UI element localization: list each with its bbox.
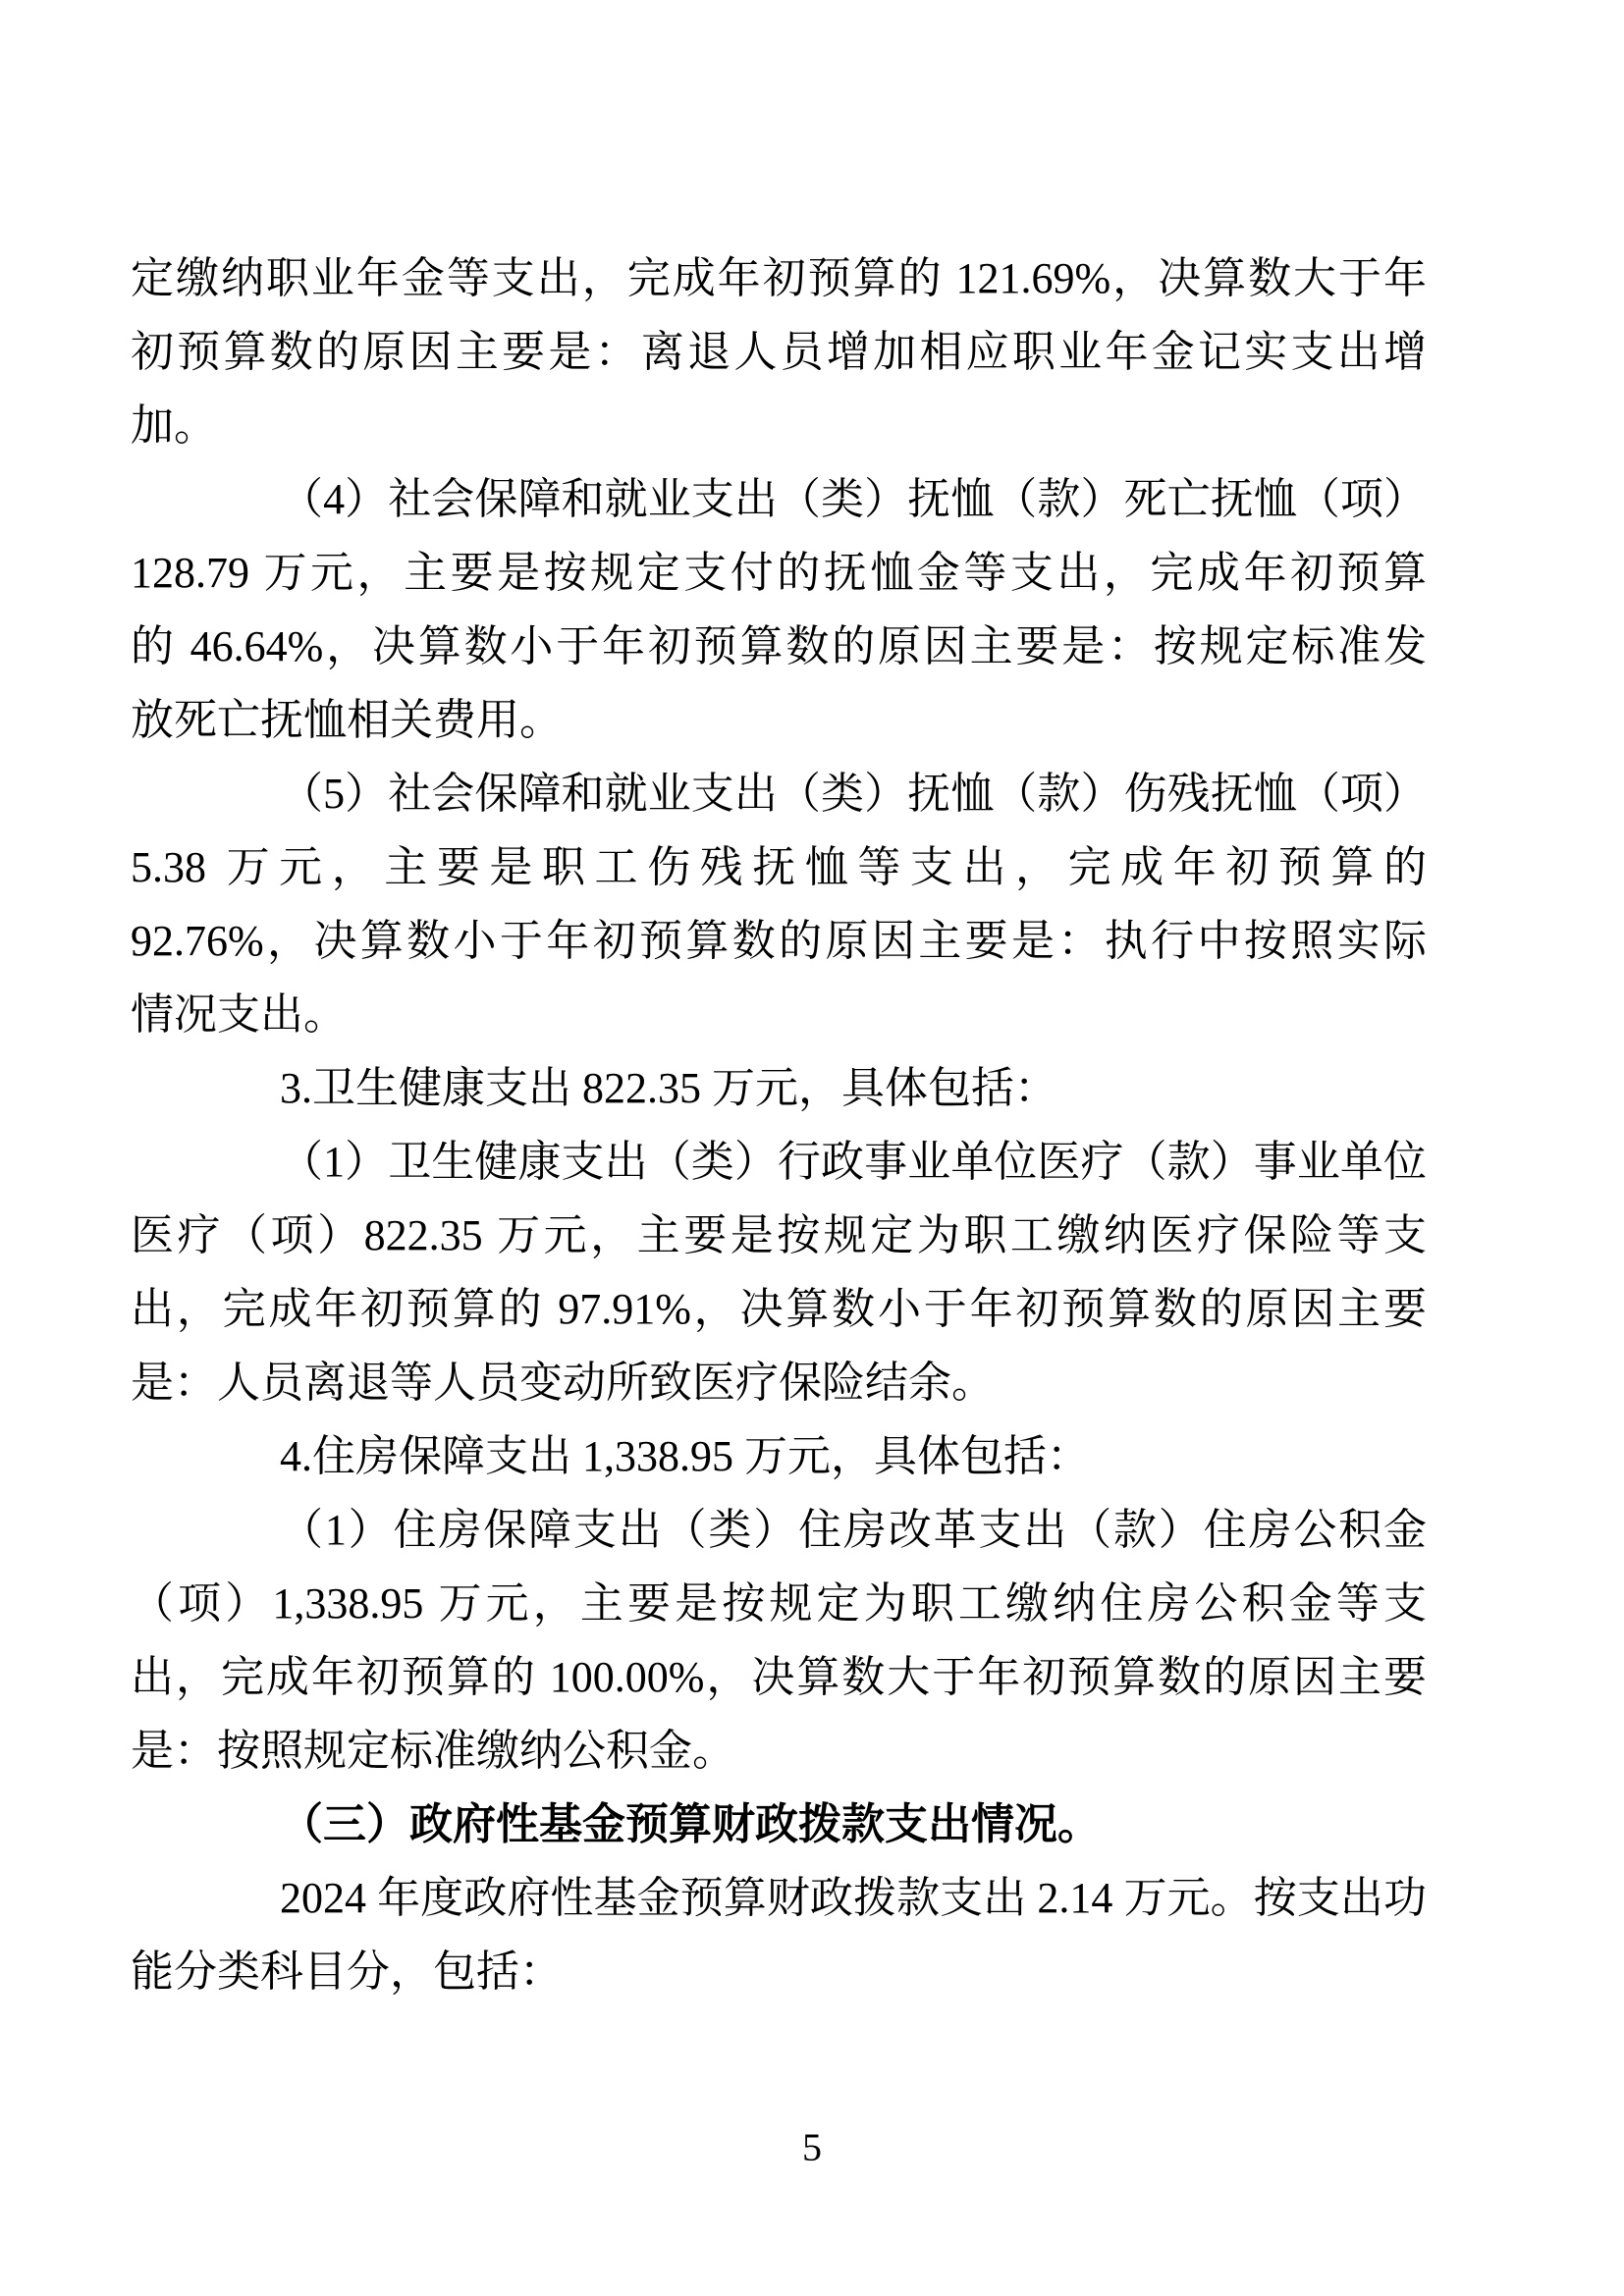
text-line: 初预算数的原因主要是：离退人员增加相应职业年金记实支出增 [131,315,1427,389]
document-body: 定缴纳职业年金等支出，完成年初预算的 121.69%，决算数大于年初预算数的原因… [131,241,1427,2008]
text-line: 4.住房保障支出 1,338.95 万元，具体包括： [131,1419,1427,1493]
text-line: （项）1,338.95 万元，主要是按规定为职工缴纳住房公积金等支 [131,1567,1427,1640]
text-line: 128.79 万元，主要是按规定支付的抚恤金等支出，完成年初预算 [131,536,1427,610]
text-line: 放死亡抚恤相关费用。 [131,683,1427,757]
text-line: 加。 [131,389,1427,462]
text-line: 3.卫生健康支出 822.35 万元，具体包括： [131,1051,1427,1125]
text-line: 医疗（项）822.35 万元，主要是按规定为职工缴纳医疗保险等支 [131,1199,1427,1272]
text-line: 定缴纳职业年金等支出，完成年初预算的 121.69%，决算数大于年 [131,241,1427,315]
text-line: （5）社会保障和就业支出（类）抚恤（款）伤残抚恤（项） [131,757,1427,830]
text-line: 92.76%，决算数小于年初预算数的原因主要是：执行中按照实际 [131,904,1427,978]
text-line: （1）住房保障支出（类）住房改革支出（款）住房公积金 [131,1493,1427,1567]
document-page: 定缴纳职业年金等支出，完成年初预算的 121.69%，决算数大于年初预算数的原因… [0,0,1624,2296]
page-number: 5 [802,2125,822,2169]
text-line: 情况支出。 [131,978,1427,1051]
text-line: 2024 年度政府性基金预算财政拨款支出 2.14 万元。按支出功 [131,1861,1427,1935]
page-footer: 5 [0,2126,1624,2169]
text-line: 能分类科目分，包括： [131,1935,1427,2008]
text-line: 出，完成年初预算的 100.00%，决算数大于年初预算数的原因主要 [131,1640,1427,1714]
text-line: （1）卫生健康支出（类）行政事业单位医疗（款）事业单位 [131,1125,1427,1199]
text-line: 5.38 万元，主要是职工伤残抚恤等支出，完成年初预算的 [131,830,1427,904]
text-line: （三）政府性基金预算财政拨款支出情况。 [131,1788,1427,1861]
text-line: 的 46.64%，决算数小于年初预算数的原因主要是：按规定标准发 [131,610,1427,683]
text-line: 是：人员离退等人员变动所致医疗保险结余。 [131,1346,1427,1419]
text-line: 出，完成年初预算的 97.91%，决算数小于年初预算数的原因主要 [131,1272,1427,1346]
text-line: （4）社会保障和就业支出（类）抚恤（款）死亡抚恤（项） [131,462,1427,536]
text-line: 是：按照规定标准缴纳公积金。 [131,1714,1427,1788]
